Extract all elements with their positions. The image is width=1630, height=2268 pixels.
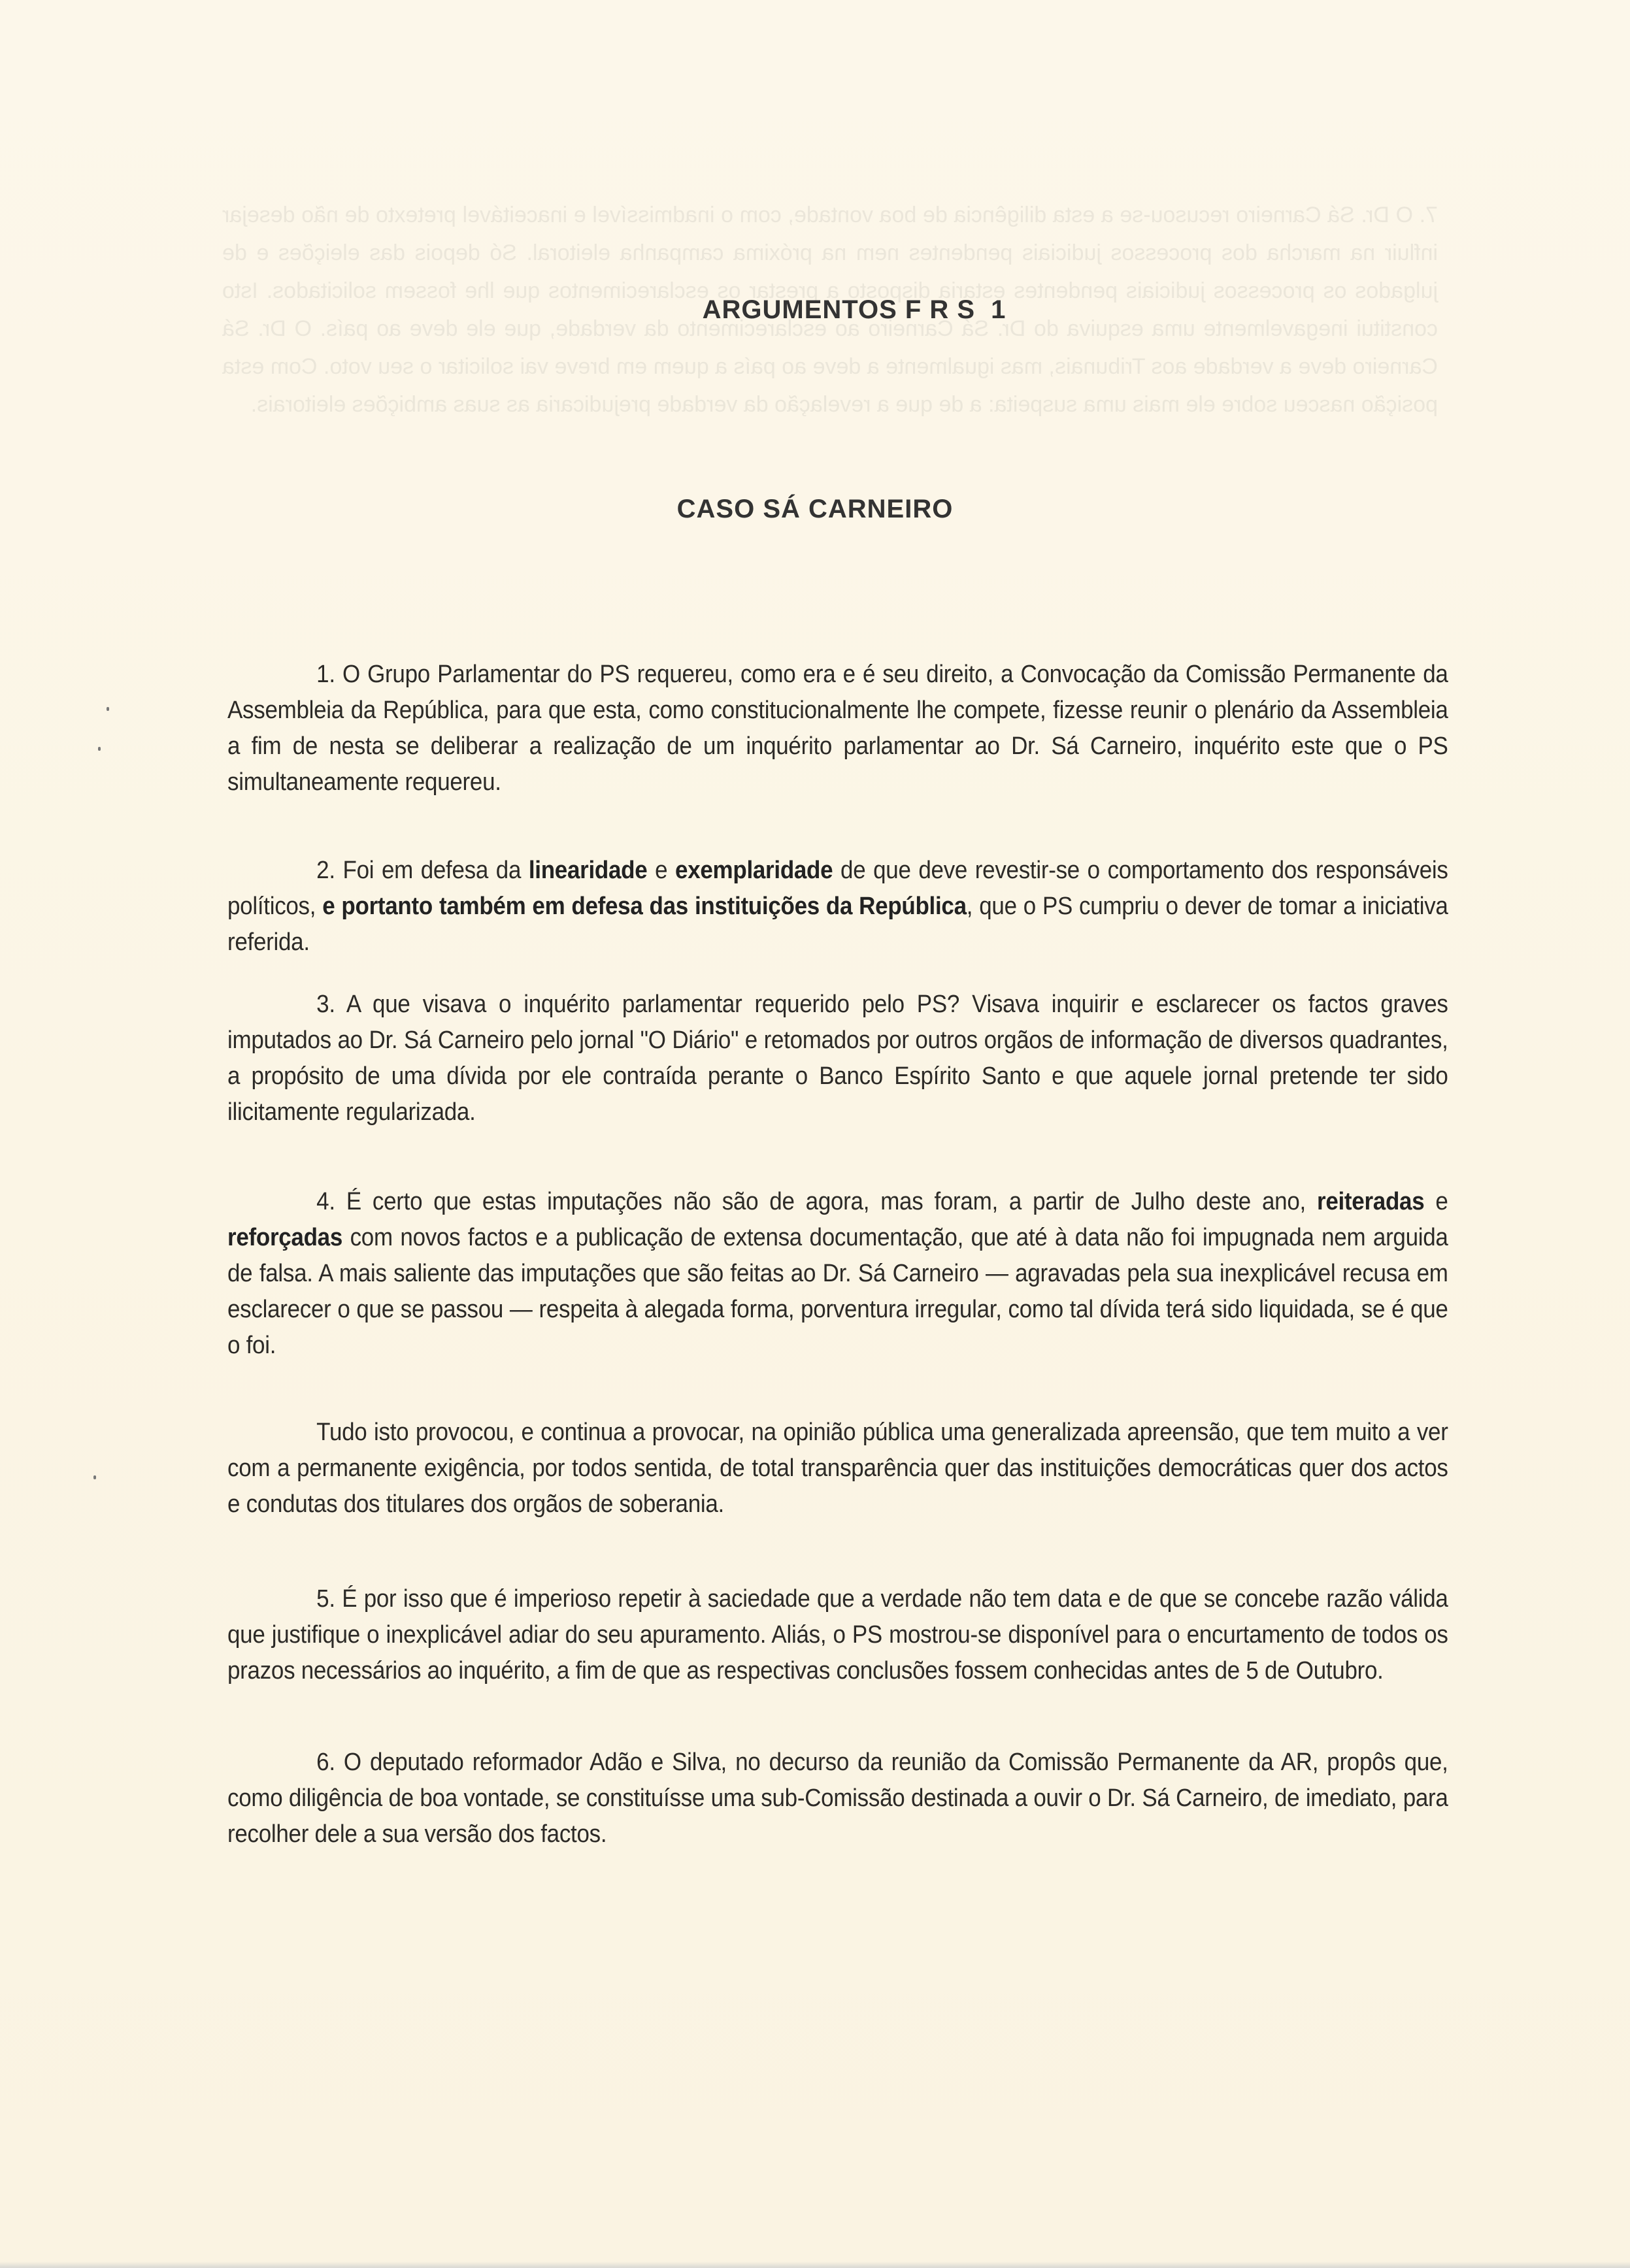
header-title: ARGUMENTOS F R S	[703, 295, 976, 324]
document-page: 7. O Dr. Sá Carneiro recusou-se a esta d…	[0, 0, 1630, 2268]
paragraph-text: e	[1424, 1188, 1448, 1215]
paragraph-6: 5. É por isso que é imperioso repetir à …	[227, 1581, 1448, 1689]
emphasis-reforcadas: reforçadas	[227, 1224, 342, 1251]
paper-speck	[93, 1475, 96, 1479]
paragraph-7: 6. O deputado reformador Adão e Silva, n…	[227, 1745, 1448, 1852]
emphasis-linearidade: linearidade	[529, 857, 648, 884]
emphasis-defesa-instituicoes: e portanto também em defesa das institui…	[322, 893, 967, 920]
paragraph-text: 3. A que visava o inquérito parlamentar …	[227, 991, 1448, 1126]
paragraph-text: com novos factos e a publicação de exten…	[227, 1224, 1448, 1359]
paragraph-text: 6. O deputado reformador Adão e Silva, n…	[227, 1749, 1448, 1848]
page-bottom-edge	[0, 2261, 1630, 2268]
header-number: 1	[991, 295, 1006, 324]
paper-speck	[107, 707, 109, 711]
emphasis-reiteradas: reiteradas	[1317, 1188, 1424, 1215]
paragraph-3: 3. A que visava o inquérito parlamentar …	[227, 987, 1448, 1130]
paragraph-5: Tudo isto provocou, e continua a provoca…	[227, 1415, 1448, 1522]
paragraph-text: 4. É certo que estas imputações não são …	[316, 1188, 1317, 1215]
document-subtitle: CASO SÁ CARNEIRO	[0, 495, 1630, 524]
paragraph-1: 1. O Grupo Parlamentar do PS requereu, c…	[227, 657, 1448, 800]
paragraph-text: e	[647, 857, 675, 884]
paragraph-text: Tudo isto provocou, e continua a provoca…	[227, 1419, 1448, 1518]
paragraph-2: 2. Foi em defesa da linearidade e exempl…	[227, 853, 1448, 961]
emphasis-exemplaridade: exemplaridade	[675, 857, 833, 884]
paragraph-4: 4. É certo que estas imputações não são …	[227, 1184, 1448, 1364]
paragraph-text: 2. Foi em defesa da	[316, 857, 529, 884]
paper-speck	[98, 747, 101, 751]
document-header: ARGUMENTOS F R S1	[0, 295, 1630, 325]
paragraph-text: 1. O Grupo Parlamentar do PS requereu, c…	[227, 661, 1448, 796]
paragraph-text: 5. É por isso que é imperioso repetir à …	[227, 1585, 1448, 1685]
